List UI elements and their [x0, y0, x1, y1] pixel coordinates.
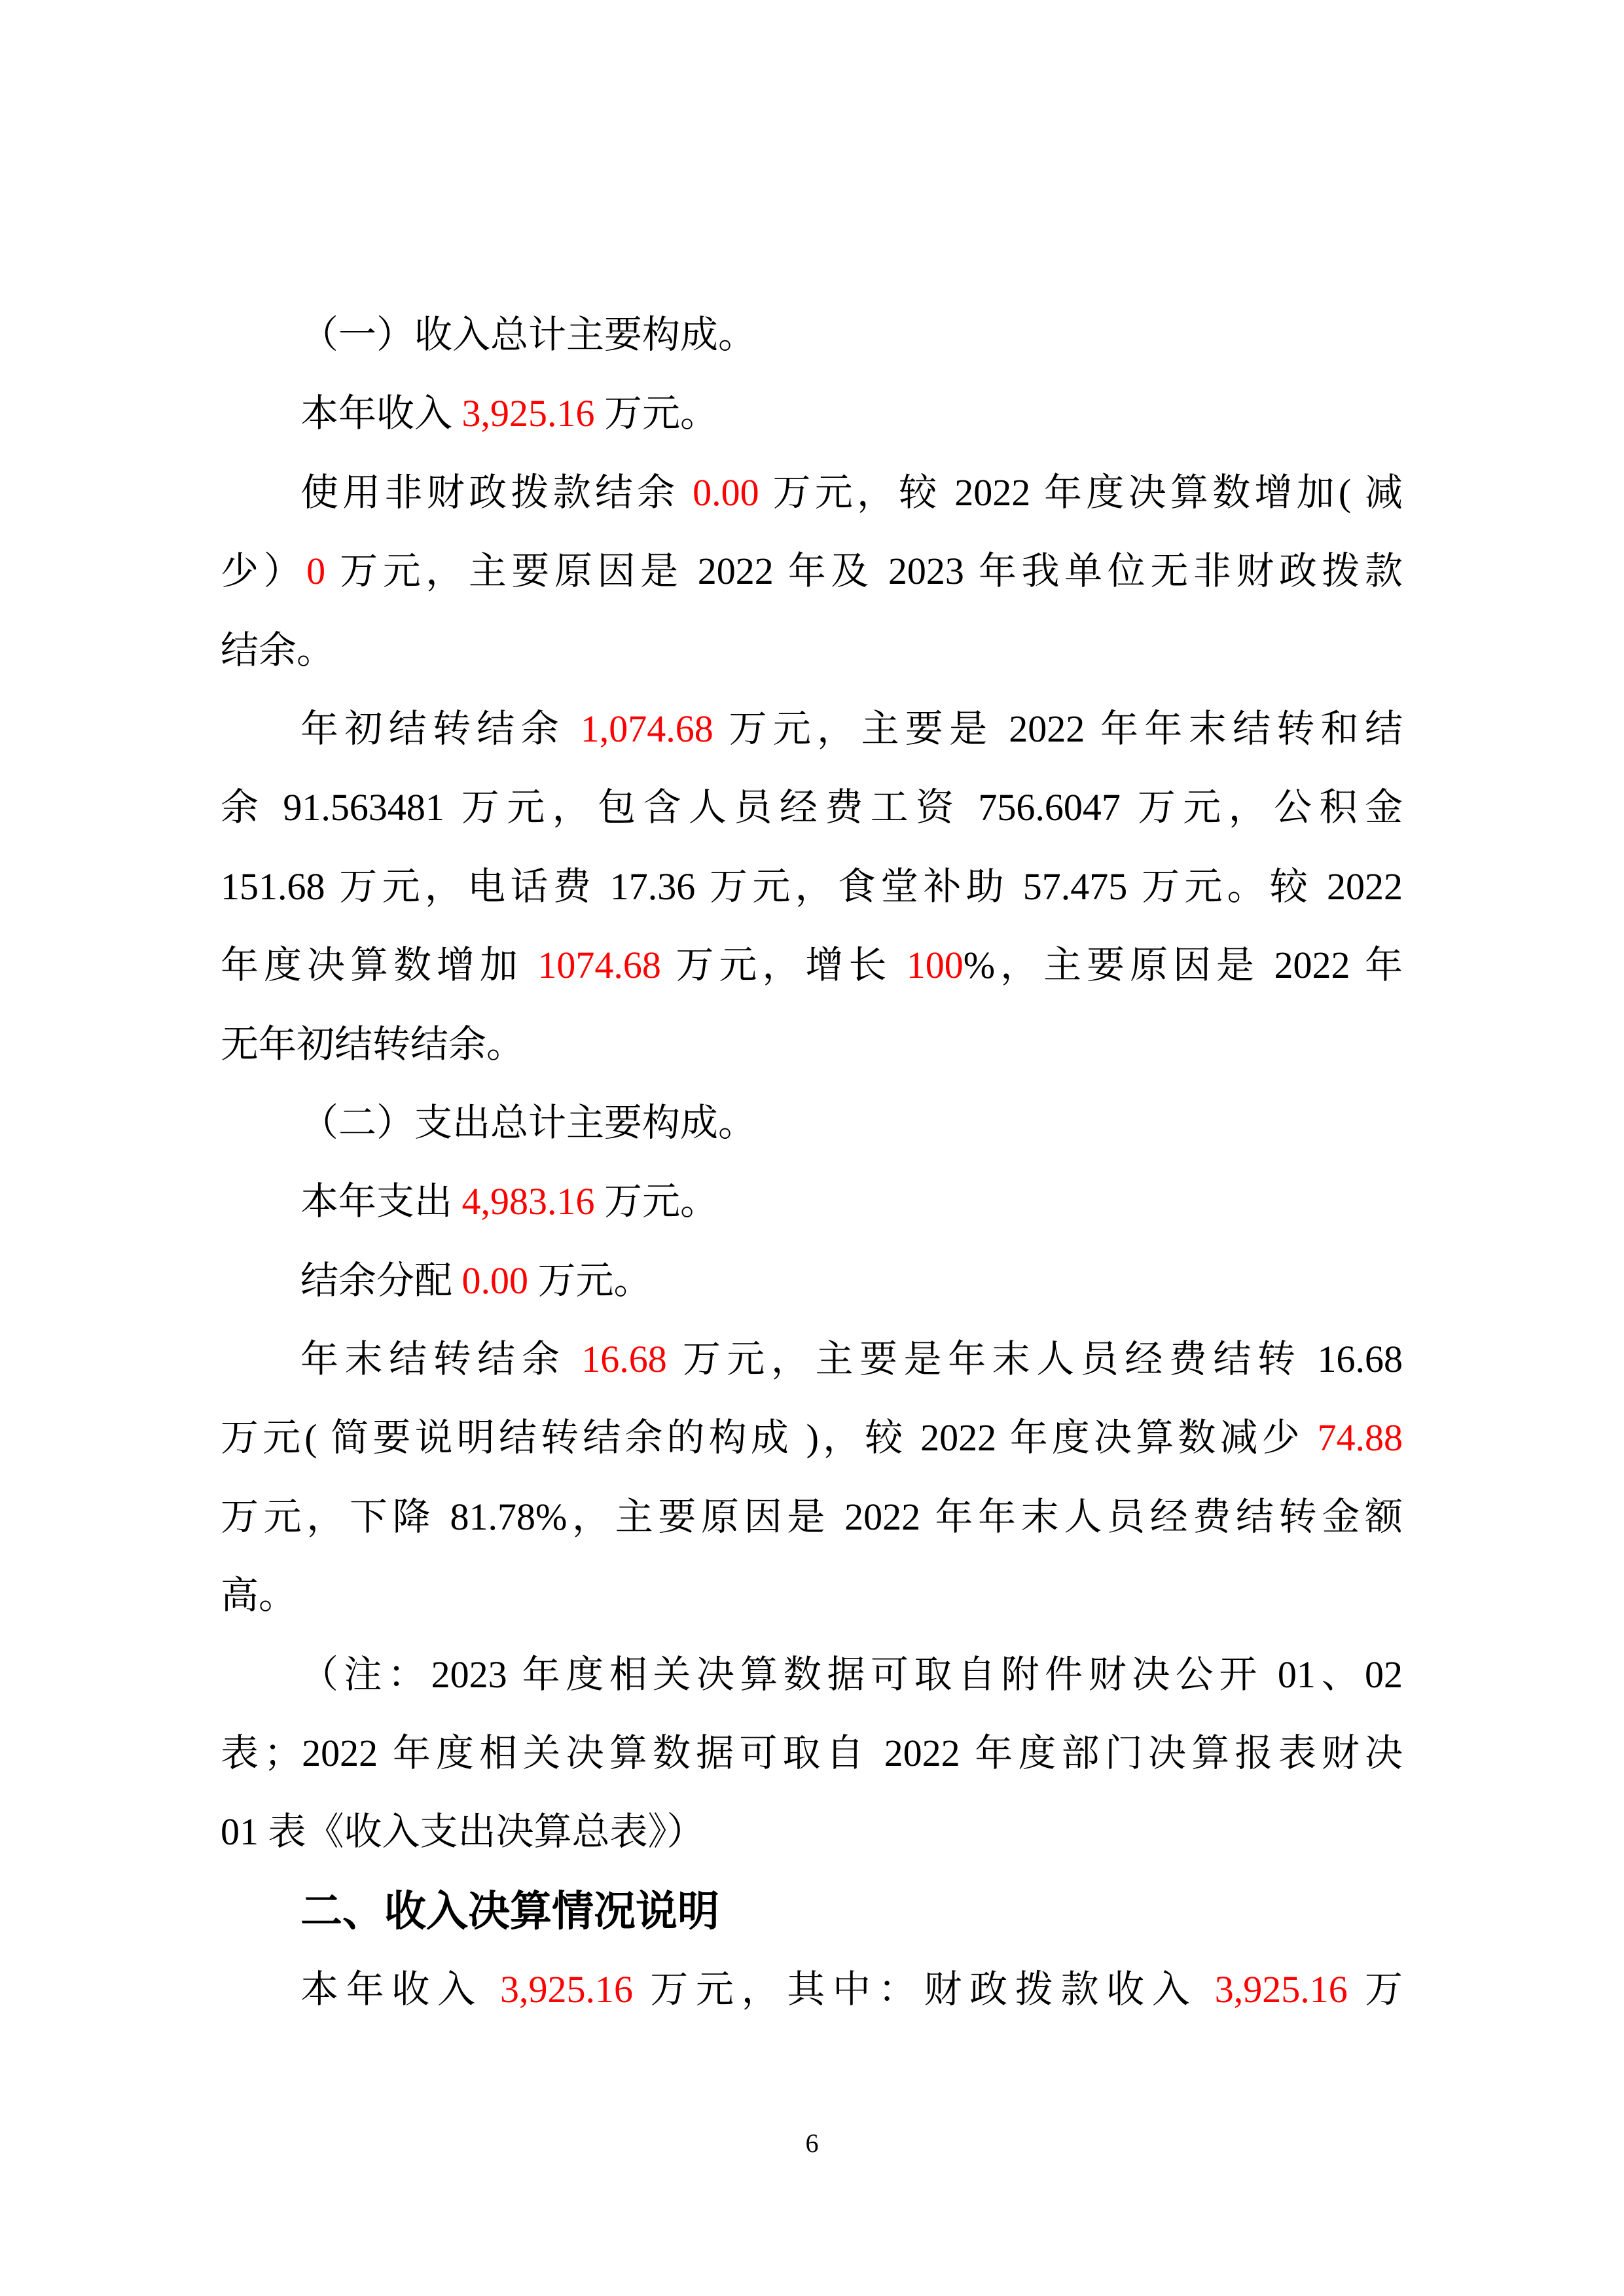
text-run: 表；2022 年度相关决算数据可取自 2022 年度部门决算报表财决 — [221, 1732, 1403, 1774]
text-line: 高。 — [221, 1556, 1403, 1635]
text-run: 余 91.563481 万元，包含人员经费工资 756.6047 万元，公积金 — [221, 786, 1403, 829]
text-run: 本年支出 — [300, 1180, 462, 1223]
text-run: 无年初结转结余。 — [221, 1023, 524, 1066]
text-run: 万元，下降 81.78%，主要原因是 2022 年年末人员经费结转金额 — [221, 1496, 1403, 1538]
text-run: 万元。 — [528, 1259, 652, 1302]
text-run: 万元，主要是年末人员经费结转 16.68 — [667, 1338, 1403, 1380]
text-run: 万元，主要原因是 2022 年及 2023 年我单位无非财政拨款 — [325, 550, 1403, 592]
text-run: 本年收入 — [300, 1968, 500, 2011]
text-run: 01 表《收入支出决算总表》） — [221, 1810, 705, 1853]
page-number: 6 — [0, 2127, 1624, 2160]
text-run: 二、收入决算情况说明 — [300, 1888, 719, 1935]
section-heading: 二、收入决算情况说明 — [221, 1872, 1403, 1950]
text-run: 万元。 — [595, 1180, 719, 1223]
text-line: （二）支出总计主要构成。 — [221, 1084, 1403, 1162]
text-line: 年初结转结余 1,074.68 万元，主要是 2022 年年末结转和结 — [221, 690, 1403, 768]
highlight-number: 100 — [907, 944, 964, 986]
text-line: 本年收入 3,925.16 万元，其中：财政拨款收入 3,925.16 万 — [221, 1950, 1403, 2029]
text-run: %，主要原因是 2022 年 — [964, 944, 1403, 986]
highlight-number: 16.68 — [581, 1338, 667, 1380]
highlight-number: 4,983.16 — [462, 1180, 595, 1223]
document-page: （一）收入总计主要构成。 本年收入 3,925.16 万元。 使用非财政拨款结余… — [0, 0, 1624, 2296]
text-run: 年度决算数增加 — [221, 944, 537, 986]
highlight-number: 3,925.16 — [500, 1968, 633, 2011]
text-run: 年初结转结余 — [300, 708, 581, 750]
text-run: 151.68 万元，电话费 17.36 万元，食堂补助 57.475 万元。较 … — [221, 865, 1403, 908]
text-line: 万元，下降 81.78%，主要原因是 2022 年年末人员经费结转金额 — [221, 1478, 1403, 1556]
text-run: 使用非财政拨款结余 — [300, 471, 693, 514]
text-line: （注：2023 年度相关决算数据可取自附件财决公开 01、02 — [221, 1636, 1403, 1714]
text-line: 结余。 — [221, 611, 1403, 690]
text-line: 结余分配 0.00 万元。 — [221, 1242, 1403, 1320]
text-run: （二）支出总计主要构成。 — [300, 1102, 756, 1144]
text-run: 结余。 — [221, 629, 334, 672]
text-line: 本年支出 4,983.16 万元。 — [221, 1162, 1403, 1241]
document-body: （一）收入总计主要构成。 本年收入 3,925.16 万元。 使用非财政拨款结余… — [221, 296, 1403, 2030]
text-line: 余 91.563481 万元，包含人员经费工资 756.6047 万元，公积金 — [221, 768, 1403, 847]
text-line: 01 表《收入支出决算总表》） — [221, 1793, 1403, 1871]
text-run: 万元，增长 — [661, 944, 907, 986]
text-run: 少） — [221, 550, 306, 592]
text-line: （一）收入总计主要构成。 — [221, 296, 1403, 374]
text-run: （一）收入总计主要构成。 — [300, 314, 756, 356]
text-run: 万元。 — [595, 392, 719, 435]
text-line: 本年收入 3,925.16 万元。 — [221, 374, 1403, 453]
highlight-number: 1,074.68 — [581, 708, 713, 750]
highlight-number: 1074.68 — [537, 944, 661, 986]
highlight-number: 74.88 — [1318, 1416, 1403, 1459]
text-line: 151.68 万元，电话费 17.36 万元，食堂补助 57.475 万元。较 … — [221, 848, 1403, 926]
highlight-number: 0.00 — [693, 471, 759, 514]
text-line: 使用非财政拨款结余 0.00 万元，较 2022 年度决算数增加( 减 — [221, 454, 1403, 532]
text-run: 万元( 简要说明结转结余的构成 )，较 2022 年度决算数减少 — [221, 1416, 1318, 1459]
text-run: （注：2023 年度相关决算数据可取自附件财决公开 01、02 — [300, 1653, 1403, 1696]
highlight-number: 0.00 — [462, 1259, 529, 1302]
text-line: 少）0 万元，主要原因是 2022 年及 2023 年我单位无非财政拨款 — [221, 532, 1403, 611]
highlight-number: 3,925.16 — [1215, 1968, 1348, 2011]
text-run: 本年收入 — [300, 392, 462, 435]
text-run: 万 — [1348, 1968, 1403, 2011]
text-run: 万元，其中：财政拨款收入 — [633, 1968, 1215, 2011]
text-run: 高。 — [221, 1574, 297, 1617]
text-line: 表；2022 年度相关决算数据可取自 2022 年度部门决算报表财决 — [221, 1714, 1403, 1793]
text-line: 无年初结转结余。 — [221, 1005, 1403, 1084]
text-line: 年度决算数增加 1074.68 万元，增长 100%，主要原因是 2022 年 — [221, 926, 1403, 1005]
text-run: 万元，较 2022 年度决算数增加( 减 — [759, 471, 1403, 514]
text-run: 年末结转结余 — [300, 1338, 581, 1380]
text-line: 年末结转结余 16.68 万元，主要是年末人员经费结转 16.68 — [221, 1320, 1403, 1399]
text-run: 结余分配 — [300, 1259, 462, 1302]
highlight-number: 0 — [306, 550, 325, 592]
text-run: 万元，主要是 2022 年年末结转和结 — [713, 708, 1403, 750]
text-line: 万元( 简要说明结转结余的构成 )，较 2022 年度决算数减少 74.88 — [221, 1399, 1403, 1477]
highlight-number: 3,925.16 — [462, 392, 595, 435]
